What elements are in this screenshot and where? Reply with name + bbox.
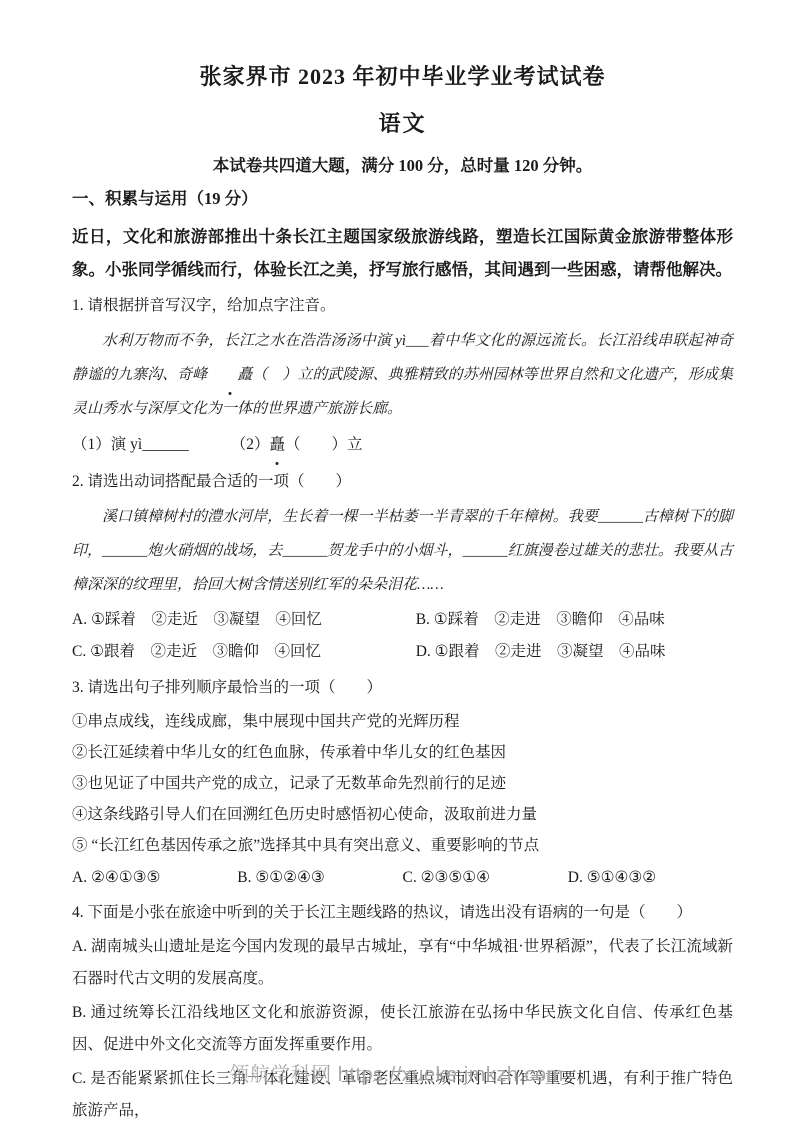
q1-blank2-pre: （2） bbox=[231, 436, 270, 453]
question-3-stem: 3. 请选出句子排列顺序最恰当的一项（ ） bbox=[72, 674, 733, 702]
q2-option-a: A. ①踩着 ②走近 ③凝望 ④回忆 bbox=[72, 604, 416, 636]
q1-blank1-label: （1）演 yì bbox=[72, 436, 142, 453]
q2-option-c: C. ①跟着 ②走近 ③瞻仰 ④回忆 bbox=[72, 636, 416, 668]
q4-option-b: B. 通过统筹长江沿线地区文化和旅游资源，使长江旅游在弘扬中华民族文化自信、传承… bbox=[72, 997, 733, 1061]
q3-sentence-5: ⑤ “长江红色基因传承之旅”选择其中具有突出意义、重要影响的节点 bbox=[72, 830, 733, 861]
q3-sentence-4: ④这条线路引导人们在回溯红色历史时感悟初心使命，汲取前进力量 bbox=[72, 799, 733, 830]
question-4: 4. 下面是小张在旅途中听到的关于长江主题线路的热议，请选出没有语病的一句是（ … bbox=[72, 899, 733, 1122]
q1-blank2-post: （ ）立 bbox=[285, 436, 363, 453]
question-4-stem: 4. 下面是小张在旅途中听到的关于长江主题线路的热议，请选出没有语病的一句是（ … bbox=[72, 899, 733, 927]
question-1-passage: 水利万物而不争，长江之水在浩浩汤汤中演 yì___着中华文化的源远流长。长江沿线… bbox=[72, 324, 733, 426]
q3-option-c: C. ②③⑤①④ bbox=[403, 862, 568, 893]
q1-dotted-character: 矗 bbox=[207, 358, 252, 392]
question-2: 2. 请选出动词搭配最合适的一项（ ） 溪口镇樟树村的澧水河岸，生长着一棵一半枯… bbox=[72, 468, 733, 668]
question-3-options: A. ②④①③⑤ B. ⑤①②④③ C. ②③⑤①④ D. ⑤①④③② bbox=[72, 862, 733, 893]
question-2-stem: 2. 请选出动词搭配最合适的一项（ ） bbox=[72, 468, 733, 496]
question-1-answer-blanks: （1）演 yì______（2）矗（ ）立 bbox=[72, 428, 733, 462]
q2-option-d: D. ①跟着 ②走进 ③凝望 ④品味 bbox=[416, 636, 733, 668]
exam-paper-page: 张家界市 2023 年初中毕业学业考试试卷 语文 本试卷共四道大题，满分 100… bbox=[0, 0, 793, 1122]
q3-option-a: A. ②④①③⑤ bbox=[72, 862, 237, 893]
question-2-options: A. ①踩着 ②走近 ③凝望 ④回忆 B. ①踩着 ②走进 ③瞻仰 ④品味 C.… bbox=[72, 604, 733, 668]
q3-sentence-1: ①串点成线，连线成廊，集中展现中国共产党的光辉历程 bbox=[72, 706, 733, 737]
question-3: 3. 请选出句子排列顺序最恰当的一项（ ） ①串点成线，连线成廊，集中展现中国共… bbox=[72, 674, 733, 893]
watermark-text: 领航学科网 https://xueke.jmkzh.com bbox=[0, 1058, 793, 1087]
q3-sentence-3: ③也见证了中国共产党的成立，记录了无数革命先烈前行的足迹 bbox=[72, 768, 733, 799]
q3-option-d: D. ⑤①④③② bbox=[568, 862, 733, 893]
q3-option-b: B. ⑤①②④③ bbox=[237, 862, 402, 893]
q4-option-a: A. 湖南城头山遗址是迄今国内发现的最早古城址，享有“中华城祖·世界稻源”，代表… bbox=[72, 931, 733, 995]
subject-title: 语文 bbox=[72, 107, 733, 138]
section-heading: 一、积累与运用（19 分） bbox=[72, 186, 733, 212]
page-title: 张家界市 2023 年初中毕业学业考试试卷 bbox=[72, 60, 733, 91]
question-1-stem: 1. 请根据拼音写汉字，给加点字注音。 bbox=[72, 292, 733, 320]
question-1: 1. 请根据拼音写汉字，给加点字注音。 水利万物而不争，长江之水在浩浩汤汤中演 … bbox=[72, 292, 733, 462]
question-2-passage: 溪口镇樟树村的澧水河岸，生长着一棵一半枯萎一半青翠的千年樟树。我要______古… bbox=[72, 500, 733, 602]
q2-option-b: B. ①踩着 ②走进 ③瞻仰 ④品味 bbox=[416, 604, 733, 636]
exam-info: 本试卷共四道大题，满分 100 分，总时量 120 分钟。 bbox=[72, 152, 733, 176]
q1-blank2-dotted-character: 矗 bbox=[269, 428, 285, 462]
q1-blank1-line: ______ bbox=[142, 436, 189, 453]
section-intro-paragraph: 近日，文化和旅游部推出十条长江主题国家级旅游线路，塑造长江国际黄金旅游带整体形象… bbox=[72, 220, 733, 286]
q3-sentence-2: ②长江延续着中华儿女的红色血脉，传承着中华儿女的红色基因 bbox=[72, 737, 733, 768]
